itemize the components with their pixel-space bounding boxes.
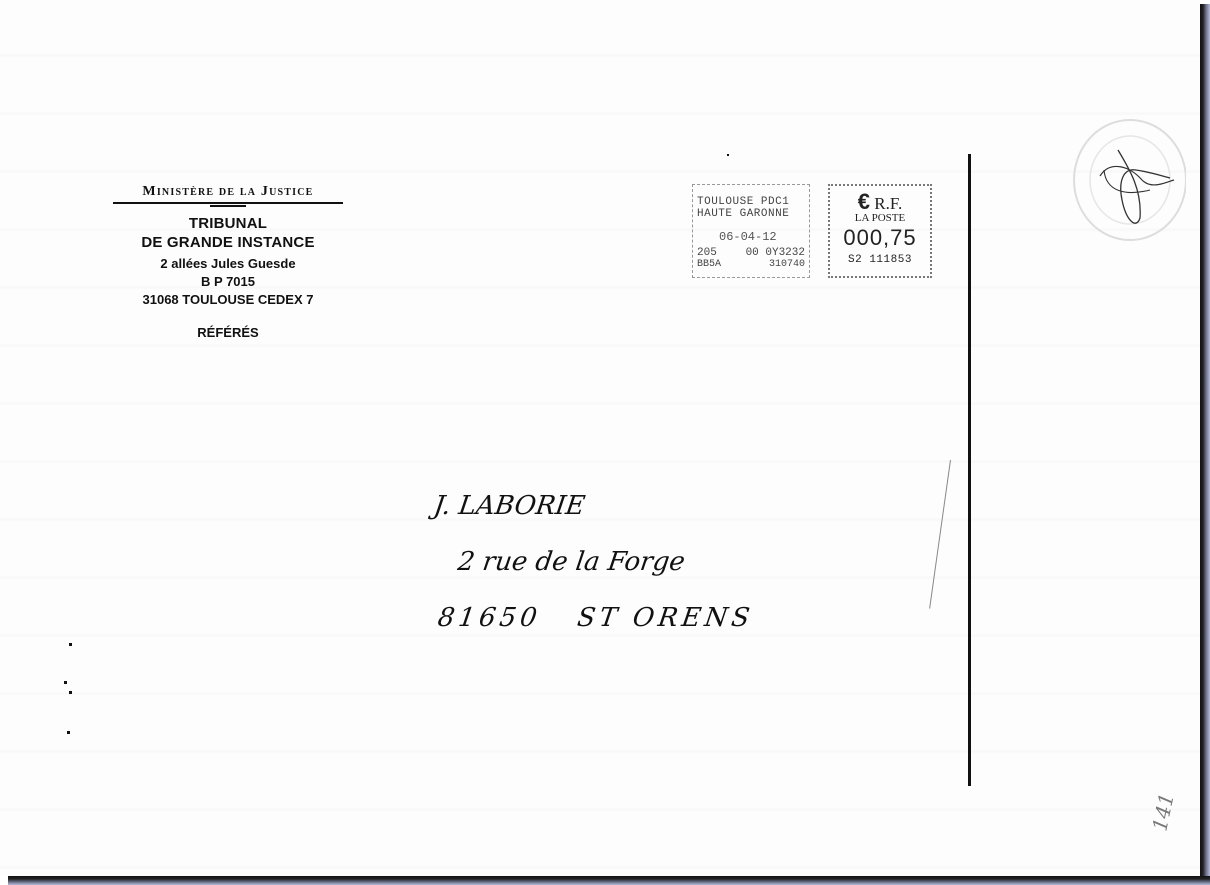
page-annotation: 141 (1147, 791, 1178, 833)
court-line-1: TRIBUNAL (112, 214, 344, 233)
postmark-office-1: TOULOUSE PDC1 (697, 196, 805, 208)
recipient-address: J. LABORIE 2 rue de la Forge 81650 ST OR… (430, 478, 753, 646)
scan-speck (64, 681, 67, 684)
heading-rule-accent (210, 205, 246, 207)
page-shadow-right (1200, 4, 1210, 885)
page-shadow-bottom (8, 876, 1210, 885)
recipient-street: 2 rue de la Forge (426, 534, 757, 590)
department-label: RÉFÉRÉS (112, 325, 344, 340)
postmark-code: 310740 (769, 259, 805, 270)
franking-amount: 000,75 (830, 225, 930, 251)
postmark-date: 06-04-12 (697, 231, 805, 243)
scan-speck (69, 691, 72, 694)
scan-mark (929, 460, 951, 609)
fold-edge-line (968, 154, 971, 786)
franking-rf: R.F. (874, 194, 902, 213)
postmark-codes-2: BB5A 310740 (697, 259, 805, 270)
court-line-2: DE GRANDE INSTANCE (112, 233, 344, 252)
euro-icon: € (858, 189, 870, 214)
signature-seal-icon (1070, 110, 1186, 250)
postmark: TOULOUSE PDC1 HAUTE GARONNE 06-04-12 205… (692, 184, 810, 278)
postmark-code: 00 0Y3232 (746, 248, 805, 259)
postmark-office-2: HAUTE GARONNE (697, 208, 805, 220)
postmark-code: 205 (697, 248, 717, 259)
address-line-3: 31068 TOULOUSE CEDEX 7 (112, 291, 344, 309)
address-line-2: B P 7015 (112, 273, 344, 291)
sender-address: 2 allées Jules Guesde B P 7015 31068 TOU… (112, 255, 344, 309)
scan-speck (727, 154, 729, 156)
scan-speck (69, 643, 72, 646)
franking-stamp: € R.F. LA POSTE 000,75 S2 111853 (828, 184, 932, 278)
recipient-name: J. LABORIE (426, 478, 757, 534)
ministry-heading: Ministère de la Justice (112, 184, 344, 200)
envelope-page: Ministère de la Justice TRIBUNAL DE GRAN… (0, 0, 1200, 876)
scan-speck (67, 731, 70, 734)
heading-rule (113, 202, 343, 204)
recipient-city: 81650 ST ORENS (426, 590, 757, 646)
postmark-code: BB5A (697, 259, 721, 270)
court-name: TRIBUNAL DE GRANDE INSTANCE (112, 214, 344, 252)
postmark-codes-1: 205 00 0Y3232 (697, 248, 805, 259)
sender-block: Ministère de la Justice TRIBUNAL DE GRAN… (112, 184, 344, 340)
franking-machine-code: S2 111853 (830, 254, 930, 266)
address-line-1: 2 allées Jules Guesde (112, 255, 344, 273)
franking-operator: LA POSTE (830, 212, 930, 224)
